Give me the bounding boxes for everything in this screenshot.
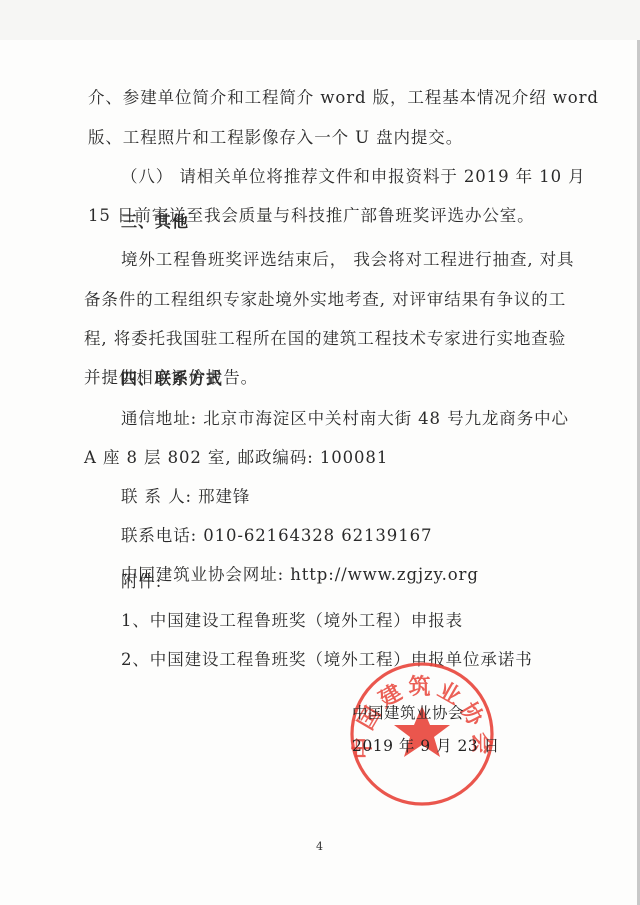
paragraph-line: 版、工程照片和工程影像存入一个 U 盘内提交。 — [88, 128, 463, 148]
section-heading-3: 三、其他 — [121, 212, 189, 232]
address-line: 通信地址: 北京市海淀区中关村南大街 48 号九龙商务中心 — [121, 409, 569, 429]
contact-person: 联 系 人: 邢建锋 — [121, 487, 250, 507]
paragraph-line: 程, 将委托我国驻工程所在国的建筑工程技术专家进行实地查验 — [84, 329, 566, 349]
paragraph-line: （八） 请相关单位将推荐文件和申报资料于 2019 年 10 月 — [121, 167, 586, 187]
paragraph-line: 备条件的工程组织专家赴境外实地考查, 对评审结果有争议的工 — [84, 290, 566, 310]
signature-date: 2019 年 9 月 23 日 — [352, 734, 500, 756]
paragraph-line: 介、参建单位简介和工程简介 word 版，工程基本情况介绍 word — [88, 88, 599, 108]
page-number: 4 — [316, 840, 323, 853]
contact-phone: 联系电话: 010-62164328 62139167 — [121, 526, 432, 546]
paragraph-line: 境外工程鲁班奖评选结束后， 我会将对工程进行抽查, 对具 — [121, 250, 574, 270]
scan-top-band — [0, 0, 640, 40]
attachment-item: 1、中国建设工程鲁班奖（境外工程）申报表 — [121, 611, 463, 631]
website-line: 中国建筑业协会网址: http://www.zgjzy.org — [121, 565, 479, 585]
attachments-label: 附件: — [121, 572, 162, 592]
address-line: A 座 8 层 802 室, 邮政编码: 100081 — [84, 448, 388, 468]
signature-organization: 中国建筑业协会 — [352, 701, 464, 723]
section-heading-4: 四、联系方式 — [121, 369, 223, 389]
